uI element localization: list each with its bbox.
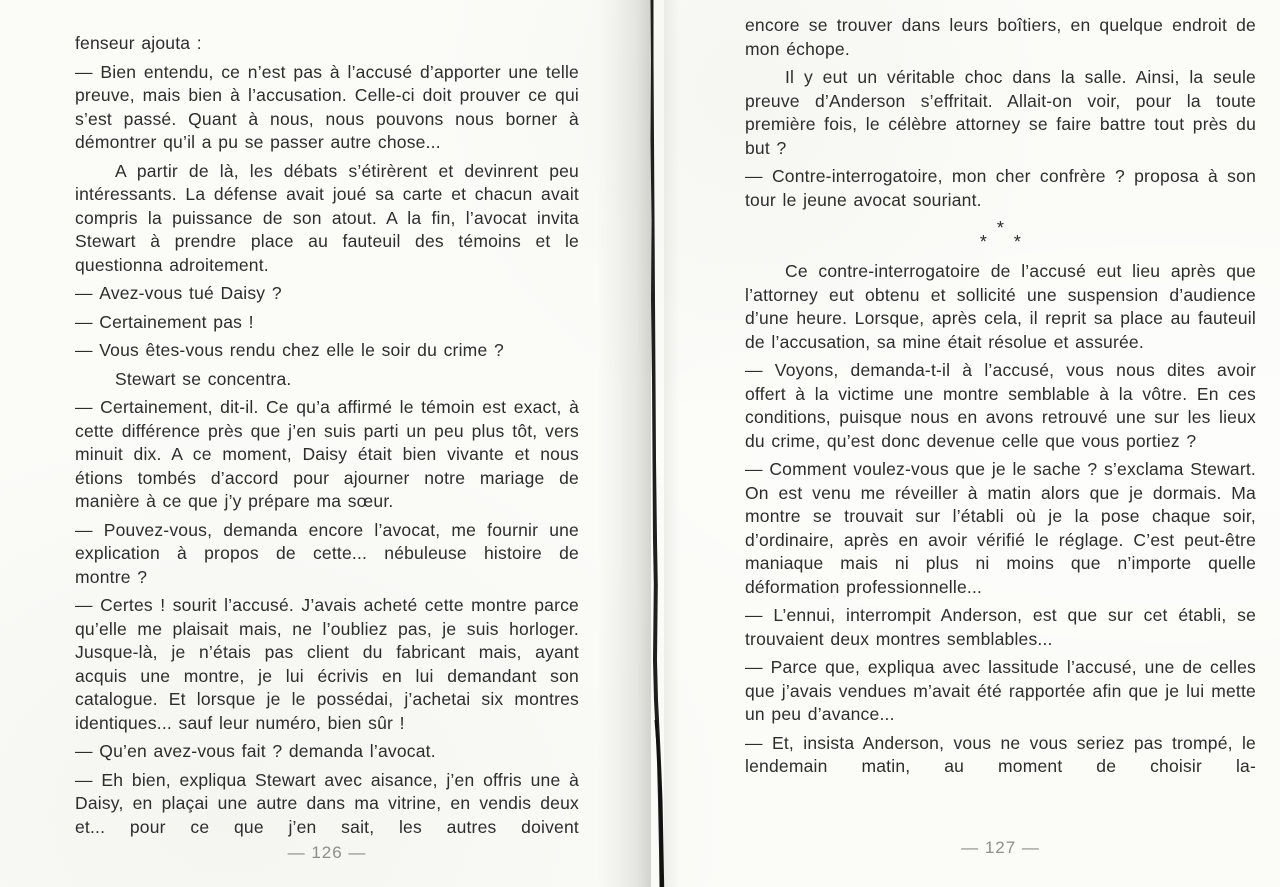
paragraph-dialogue-10: — Qu’en avez-vous fait ? demanda l’avoca… bbox=[75, 740, 579, 764]
paragraph-dialogue-1: — Bien entendu, ce n’est pas à l’accusé … bbox=[75, 61, 579, 155]
paragraph-dialogue-8: — Pouvez-vous, demanda encore l’avocat, … bbox=[75, 519, 579, 590]
gutter-shadow-right bbox=[664, 0, 680, 887]
paragraph-dialogue-9: — Certes ! sourit l’accusé. J’avais ache… bbox=[75, 594, 579, 735]
paragraph-dialogue-6: — Comment voulez-vous que je le sache ? … bbox=[745, 458, 1256, 599]
left-page-text: fenseur ajouta :— Bien entendu, ce n’est… bbox=[75, 32, 579, 839]
asterisk-pair-icon: * * bbox=[980, 235, 1021, 249]
paragraph-narrative-2: A partir de là, les débats s’étirèrent e… bbox=[75, 160, 579, 278]
paragraph-dialogue-7: — Certainement, dit-il. Ce qu’a affirmé … bbox=[75, 396, 579, 514]
paragraph-dialogue-5: — Voyons, demanda-t-il à l’accusé, vous … bbox=[745, 359, 1256, 453]
paragraph-dialogue-11: — Eh bien, expliqua Stewart avec aisance… bbox=[75, 769, 579, 840]
paragraph-dialogue-7: — L’ennui, interrompit Anderson, est que… bbox=[745, 604, 1256, 651]
paragraph-dialogue-4: — Certainement pas ! bbox=[75, 311, 579, 335]
paragraph-continuation-0: encore se trouver dans leurs boîtiers, e… bbox=[745, 14, 1256, 61]
paragraph-continuation-0: fenseur ajouta : bbox=[75, 32, 579, 56]
paragraph-narrative-4: Ce contre-interrogatoire de l’accusé eut… bbox=[745, 260, 1256, 354]
paragraph-dialogue-5: — Vous êtes-vous rendu chez elle le soir… bbox=[75, 339, 579, 363]
page-number-left: — 126 — bbox=[75, 843, 579, 863]
page-number-right: — 127 — bbox=[745, 838, 1256, 858]
paragraph-dialogue-2: — Contre-interrogatoire, mon cher confrè… bbox=[745, 165, 1256, 212]
right-page-text: encore se trouver dans leurs boîtiers, e… bbox=[745, 14, 1256, 779]
paragraph-narrative-6: Stewart se concentra. bbox=[75, 368, 579, 392]
paragraph-dialogue-9: — Et, insista Anderson, vous ne vous ser… bbox=[745, 732, 1256, 779]
book-spread: fenseur ajouta :— Bien entendu, ce n’est… bbox=[0, 0, 1280, 887]
gutter-shadow bbox=[597, 0, 651, 887]
paragraph-narrative-1: Il y eut un véritable choc dans la salle… bbox=[745, 66, 1256, 160]
paragraph-dialogue-8: — Parce que, expliqua avec lassitude l’a… bbox=[745, 656, 1256, 727]
asterism-separator: ** * bbox=[745, 221, 1256, 249]
paragraph-dialogue-3: — Avez-vous tué Daisy ? bbox=[75, 282, 579, 306]
